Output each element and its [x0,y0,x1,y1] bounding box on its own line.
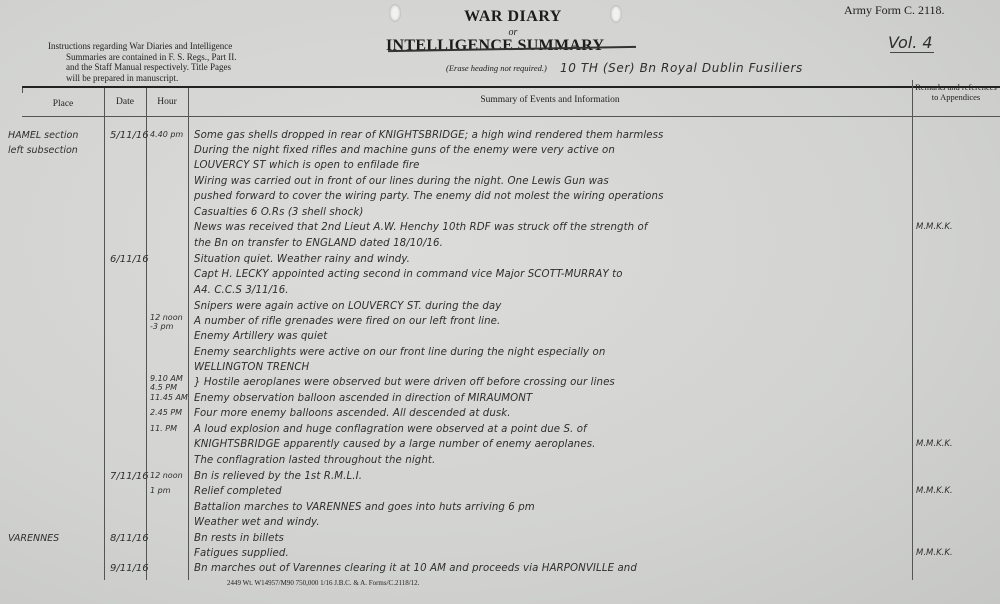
column-divider [22,88,23,93]
entry-date: 6/11/16 [110,254,149,265]
unit-name: 10 TH (Ser) Bn Royal Dublin Fusiliers [560,61,803,75]
entry-date: 7/11/16 [110,471,149,482]
column-divider [104,88,105,580]
header-hour: Hour [146,97,188,107]
entry-hour: 12 noon -3 pm [150,313,188,331]
entry-summary: Relief completed [194,486,282,497]
header-place: Place [22,99,104,109]
column-divider [188,88,189,580]
entry-remark-initials: M.M.K.K. [916,222,953,232]
entry-hour: 12 noon [150,471,188,480]
entry-summary: Casualties 6 O.Rs (3 shell shock) [194,207,363,218]
entry-place: VARENNES [8,533,59,544]
entry-date: 8/11/16 [110,533,149,544]
entry-summary: Some gas shells dropped in rear of KNIGH… [194,130,663,141]
entry-remark-initials: M.M.K.K. [916,486,953,496]
entry-summary: Weather wet and windy. [194,517,320,528]
entry-hour: 11. PM [150,424,188,433]
entry-summary: A number of rifle grenades were fired on… [194,316,500,327]
instructions-line: Instructions regarding War Diaries and I… [48,41,288,52]
entry-summary: Bn marches out of Varennes clearing it a… [194,563,637,574]
entry-remark-initials: M.M.K.K. [916,548,953,558]
instructions-text: Instructions regarding War Diaries and I… [48,41,288,83]
volume-underline [890,52,934,53]
header-remarks: Remarks and references to Appendices [914,82,998,102]
entry-summary: Fatigues supplied. [194,548,289,559]
printer-imprint: 2449 Wt. W14957/M90 750,000 1/16 J.B.C. … [227,579,419,587]
entry-summary: LOUVERCY ST which is open to enfilade fi… [194,160,420,171]
entry-summary: Enemy Artillery was quiet [194,331,327,342]
entry-summary: A4. C.C.S 3/11/16. [194,285,289,296]
entry-place: left subsection [8,145,78,156]
entry-summary: pushed forward to cover the wiring party… [194,191,663,202]
entry-hour: 11.45 AM [150,393,188,402]
form-number: Army Form C. 2118. [844,3,945,18]
entry-summary: The conflagration lasted throughout the … [194,455,435,466]
entry-hour: 1 pm [150,486,188,495]
instructions-line: and the Staff Manual respectively. Title… [48,62,288,73]
entry-hour: 9.10 AM 4.5 PM [150,374,188,392]
entry-summary: Enemy observation balloon ascended in di… [194,393,532,404]
entry-summary: Bn rests in billets [194,533,284,544]
entry-summary: During the night fixed rifles and machin… [194,145,615,156]
instructions-line: Summaries are contained in F. S. Regs., … [48,52,288,63]
entry-hour: 4.40 pm [150,130,188,139]
entry-summary: Wiring was carried out in front of our l… [194,176,609,187]
entry-summary: } Hostile aeroplanes were observed but w… [194,377,615,388]
column-divider [146,88,147,580]
entry-summary: the Bn on transfer to ENGLAND dated 18/1… [194,238,443,249]
instructions-line: will be prepared in manuscript. [48,73,288,84]
entry-summary: WELLINGTON TRENCH [194,362,309,373]
table-header-rule [22,116,1000,117]
entry-hour: 2.45 PM [150,408,188,417]
column-divider [912,80,913,580]
entry-date: 5/11/16 [110,130,149,141]
entry-summary: KNIGHTSBRIDGE apparently caused by a lar… [194,439,595,450]
entry-summary: Snipers were again active on LOUVERCY ST… [194,301,501,312]
entry-summary: Capt H. LECKY appointed acting second in… [194,269,623,280]
entry-summary: A loud explosion and huge conflagration … [194,424,587,435]
entry-summary: Battalion marches to VARENNES and goes i… [194,502,535,513]
entry-summary: News was received that 2nd Lieut A.W. He… [194,222,648,233]
entry-summary: Enemy searchlights were active on our fr… [194,347,605,358]
entry-date: 9/11/16 [110,563,149,574]
volume-label: Vol. 4 [888,33,933,52]
header-date: Date [104,97,146,107]
header-summary: Summary of Events and Information [188,95,912,105]
entry-remark-initials: M.M.K.K. [916,439,953,449]
war-diary-page: Instructions regarding War Diaries and I… [0,0,1000,604]
entry-summary: Situation quiet. Weather rainy and windy… [194,254,410,265]
entry-summary: Bn is relieved by the 1st R.M.L.I. [194,471,362,482]
table-top-rule [22,86,1000,88]
entry-place: HAMEL section [8,130,78,141]
erase-note: (Erase heading not required.) [446,63,547,73]
entry-summary: Four more enemy balloons ascended. All d… [194,408,511,419]
